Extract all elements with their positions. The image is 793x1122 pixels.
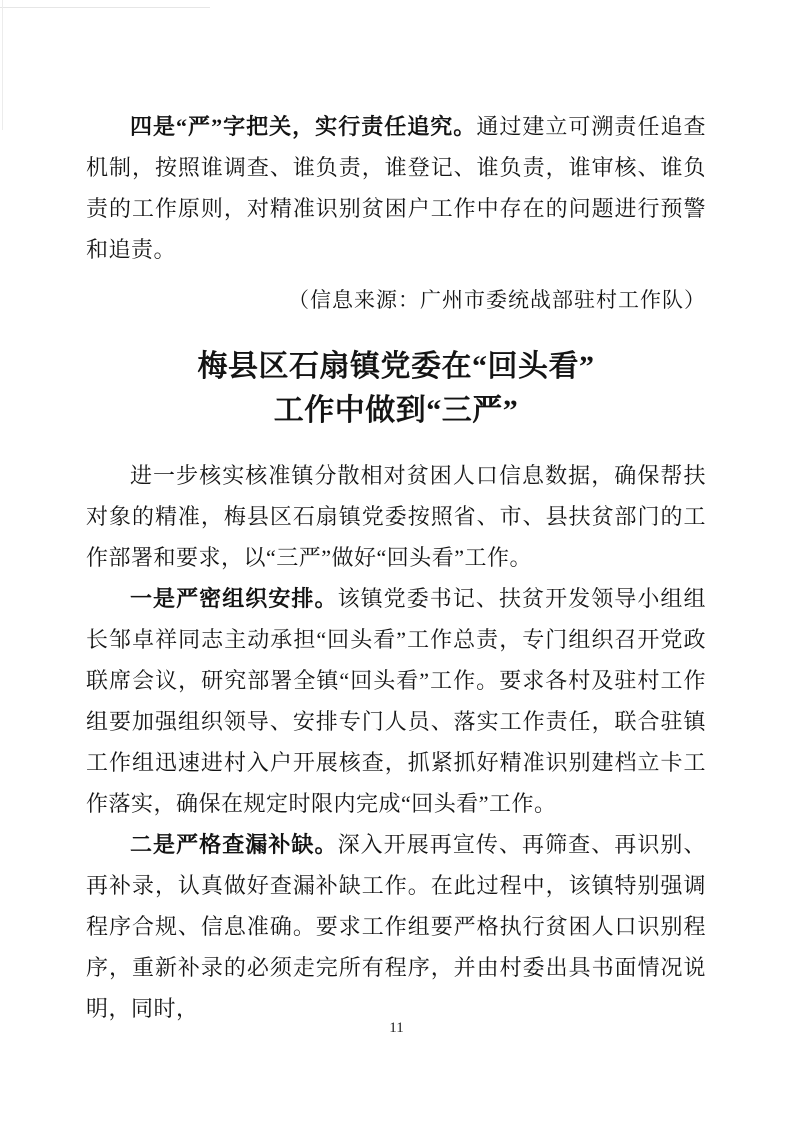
point-two-paragraph: 二是严格查漏补缺。深入开展再宣传、再筛查、再识别、再补录，认真做好查漏补缺工作。…: [86, 824, 706, 1029]
paragraph-lead-bold: 一是严密组织安排。: [130, 586, 338, 611]
document-page: 四是“严”字把关，实行责任追究。通过建立可溯责任追查机制，按照谁调查、谁负责，谁…: [0, 0, 793, 1122]
paragraph-body-text: 该镇党委书记、扶贫开发领导小组组长邹卓祥同志主动承担“回头看”工作总责，专门组织…: [86, 586, 706, 816]
paragraph-lead-bold: 四是“严”字把关，实行责任追究。: [130, 114, 476, 139]
article-title: 梅县区石扇镇党委在“回头看”工作中做到“三严”: [86, 345, 706, 433]
page-content: 四是“严”字把关，实行责任追究。通过建立可溯责任追查机制，按照谁调查、谁负责，谁…: [86, 106, 706, 1029]
paragraph-body-text: 深入开展再宣传、再筛查、再识别、再补录，认真做好查漏补缺工作。在此过程中，该镇特…: [86, 832, 706, 1021]
page-number: 11: [0, 1020, 793, 1037]
scan-artifact-vertical: [2, 0, 3, 130]
source-attribution: （信息来源：广州市委统战部驻村工作队）: [86, 280, 706, 321]
intro-paragraph: 进一步核实核准镇分散相对贫困人口信息数据，确保帮扶对象的精准，梅县区石扇镇党委按…: [86, 455, 706, 578]
article-title-line1: 梅县区石扇镇党委在“回头看”: [198, 350, 595, 383]
scan-artifact-horizontal: [0, 7, 210, 8]
point-one-paragraph: 一是严密组织安排。该镇党委书记、扶贫开发领导小组组长邹卓祥同志主动承担“回头看”…: [86, 578, 706, 824]
paragraph-body-text: 进一步核实核准镇分散相对贫困人口信息数据，确保帮扶对象的精准，梅县区石扇镇党委按…: [86, 463, 706, 570]
paragraph-lead-bold: 二是严格查漏补缺。: [130, 832, 338, 857]
article-title-line2: 工作中做到“三严”: [274, 394, 519, 427]
closing-paragraph: 四是“严”字把关，实行责任追究。通过建立可溯责任追查机制，按照谁调查、谁负责，谁…: [86, 106, 706, 270]
